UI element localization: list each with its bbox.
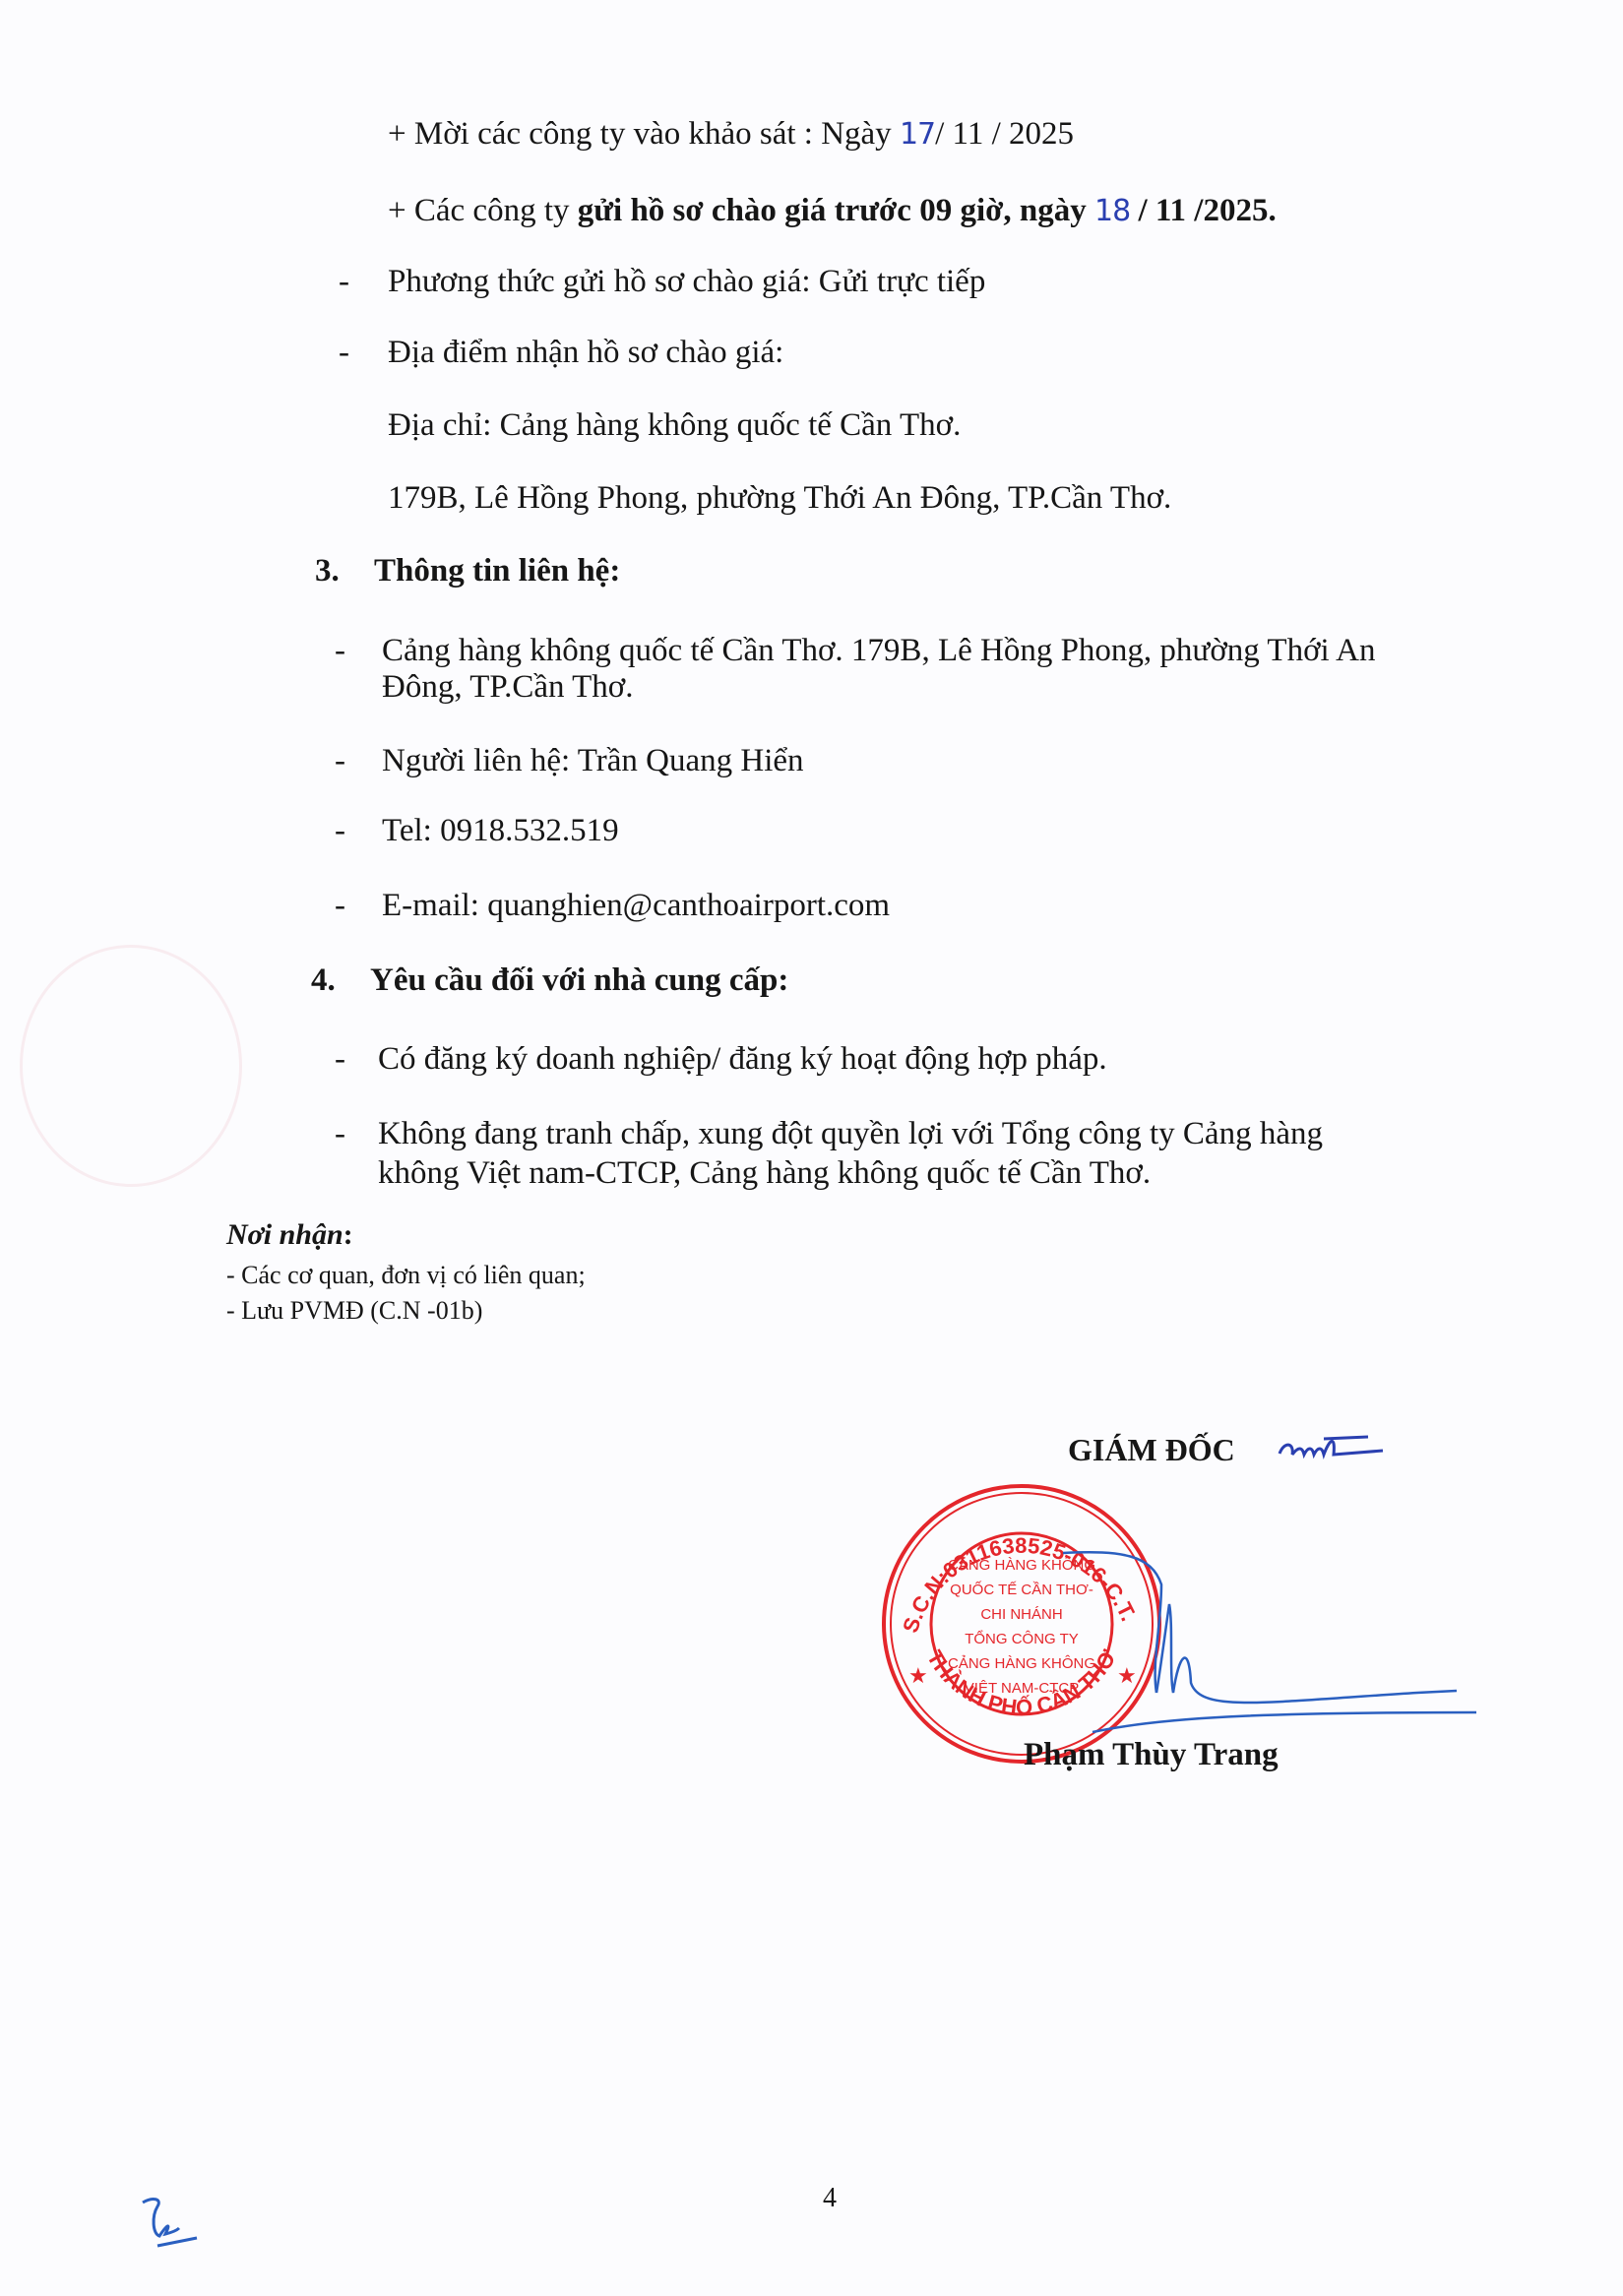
bullet-dash: - bbox=[339, 335, 349, 370]
recipient-item: - Các cơ quan, đơn vị có liên quan; bbox=[226, 1260, 586, 1290]
recipients-heading: Nơi nhận: bbox=[226, 1218, 353, 1251]
contact-email: E-mail: quanghien@canthoairport.com bbox=[382, 888, 890, 923]
section-4-number: 4. bbox=[311, 962, 336, 998]
handwritten-initials-icon bbox=[1275, 1429, 1393, 1468]
svg-text:CHI NHÁNH: CHI NHÁNH bbox=[980, 1606, 1062, 1623]
bullet-dash: - bbox=[335, 633, 345, 668]
document-page: + Mời các công ty vào khảo sát : Ngày 17… bbox=[0, 0, 1623, 2296]
submission-address-line2: 179B, Lê Hồng Phong, phường Thới An Đông… bbox=[388, 480, 1171, 516]
handwritten-submit-day: 18 bbox=[1094, 194, 1130, 228]
requirement-no-conflict-line1: Không đang tranh chấp, xung đột quyền lợ… bbox=[378, 1116, 1323, 1151]
requirement-no-conflict-line2: không Việt nam-CTCP, Cảng hàng không quố… bbox=[378, 1155, 1151, 1191]
bullet-dash: - bbox=[335, 1116, 345, 1151]
bullet-dash: - bbox=[335, 888, 345, 923]
bullet-dash: - bbox=[335, 1041, 345, 1077]
contact-address-line1: Cảng hàng không quốc tế Cần Thơ. 179B, L… bbox=[382, 633, 1375, 668]
svg-text:TỔNG CÔNG TY: TỔNG CÔNG TY bbox=[965, 1630, 1079, 1647]
contact-phone: Tel: 0918.532.519 bbox=[382, 813, 619, 848]
bullet-dash: - bbox=[335, 743, 345, 778]
submission-deadline-line: + Các công ty gửi hồ sơ chào giá trước 0… bbox=[388, 193, 1277, 228]
page-number: 4 bbox=[823, 2183, 837, 2214]
signer-title: GIÁM ĐỐC bbox=[1068, 1432, 1235, 1468]
submission-address-line1: Địa chỉ: Cảng hàng không quốc tế Cần Thơ… bbox=[388, 407, 961, 443]
contact-address-line2: Đông, TP.Cần Thơ. bbox=[382, 669, 634, 705]
section-4-title: Yêu cầu đối với nhà cung cấp: bbox=[370, 962, 788, 998]
section-3-title: Thông tin liên hệ: bbox=[374, 553, 620, 589]
handwritten-survey-day: 17 bbox=[900, 117, 935, 152]
handwritten-signature-icon bbox=[1063, 1545, 1476, 1742]
signer-name: Phạm Thùy Trang bbox=[1024, 1737, 1279, 1773]
svg-text:★: ★ bbox=[908, 1663, 928, 1688]
handwritten-initial-mark-icon bbox=[138, 2195, 217, 2254]
bullet-dash: - bbox=[335, 813, 345, 848]
survey-date-line: + Mời các công ty vào khảo sát : Ngày 17… bbox=[388, 116, 1074, 152]
bullet-dash: - bbox=[339, 264, 349, 299]
bleed-through-seal bbox=[20, 945, 242, 1187]
requirement-registration: Có đăng ký doanh nghiệp/ đăng ký hoạt độ… bbox=[378, 1041, 1107, 1077]
svg-text:VIỆT NAM-CTCP: VIỆT NAM-CTCP bbox=[965, 1680, 1079, 1697]
submission-method: Phương thức gửi hồ sơ chào giá: Gửi trực… bbox=[388, 264, 985, 299]
contact-person: Người liên hệ: Trần Quang Hiển bbox=[382, 743, 804, 778]
recipient-item: - Lưu PVMĐ (C.N -01b) bbox=[226, 1295, 482, 1326]
section-3-number: 3. bbox=[315, 553, 340, 589]
submission-location-label: Địa điểm nhận hồ sơ chào giá: bbox=[388, 335, 783, 370]
